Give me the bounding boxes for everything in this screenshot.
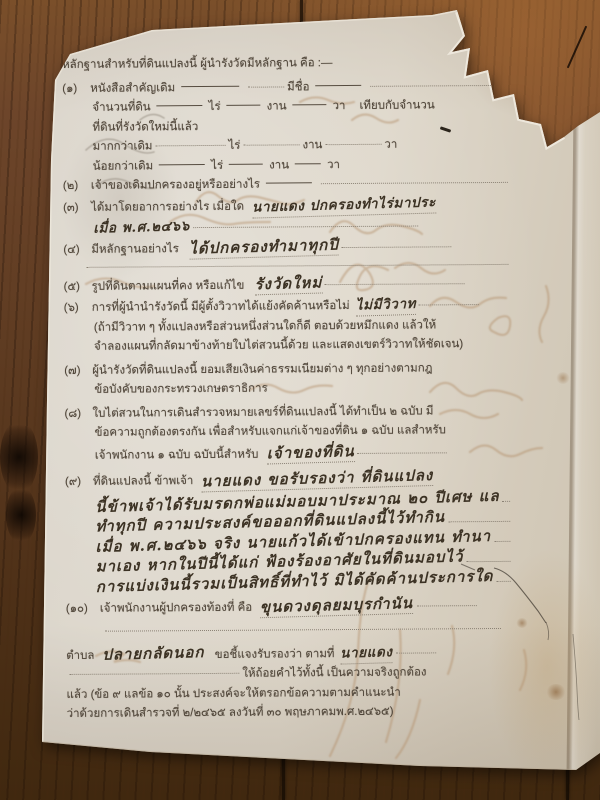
certify-label: ขอชี้แจงรับรองว่า ตามที่ (215, 645, 335, 665)
item-1-label-2: มีชื่อ (287, 78, 309, 98)
item-2-number: (๒) (63, 177, 91, 197)
more-label: มากกว่าเดิม (93, 137, 153, 157)
item-9-label: ที่ดินแปลงนี้ ข้าพเจ้า (93, 470, 194, 493)
area-label: จำนวนที่ดิน (92, 98, 150, 118)
unit-rai: ไร่ (209, 98, 221, 118)
blank-dash (293, 104, 327, 105)
item-6-row: (๖) การที่ผู้นำนำรังวัดนี้ มีผู้ตั้งวิวา… (64, 294, 512, 319)
handwritten-entry-acquired: นายแดง ปกครองทำไร่มาประ (252, 192, 436, 218)
item-8-text-2: ข้อความถูกต้องตรงกัน เพื่อสำหรับแจกแก่เจ… (95, 421, 446, 443)
form-title: หลักฐานสำหรับที่ดินแปลงนี้ ผู้นำรังวัดมี… (62, 54, 333, 75)
blank-dash (315, 84, 361, 85)
item-4-number: (๔) (63, 241, 91, 261)
closing-text-3: แล้ว (ข้อ ๙ แลข้อ ๑๐ นั้น ประสงค์จะให้ตร… (66, 683, 401, 705)
item-10-label: เจ้าพนักงานผู้ปกครองท้องที่ คือ (100, 599, 252, 620)
dotted-leader (248, 86, 284, 87)
handwritten-tambon-name: ปลายกลัดนอก (102, 641, 205, 664)
blank-dash (159, 164, 205, 165)
tambon-label: ตำบล (66, 646, 94, 666)
dotted-leader (193, 226, 418, 229)
item-1-number: (๑) (62, 79, 90, 99)
new-survey-label: ที่ดินที่รังวัดใหม่นี้แล้ว (92, 118, 198, 138)
blank-dash (157, 105, 203, 106)
unit-ngan: งาน (267, 97, 287, 117)
item-1-label: หนังสือสำคัญเดิม (90, 79, 175, 99)
dotted-leader (396, 652, 436, 653)
form-content: หลักฐานสำหรับที่ดินแปลงนี้ ผู้นำรังวัดมี… (62, 53, 515, 725)
form-title-row: หลักฐานสำหรับที่ดินแปลงนี้ ผู้นำรังวัดมี… (62, 53, 510, 76)
dotted-leader (370, 84, 507, 86)
dotted-leader (419, 304, 479, 305)
blank-dash (295, 163, 321, 164)
dotted-leader (341, 246, 451, 248)
item-10-row: (๑๐) เจ้าพนักงานผู้ปกครองท้องที่ คือ ขุน… (66, 594, 514, 620)
unit-wa: วา (332, 97, 345, 117)
dotted-leader (503, 501, 511, 502)
item-5-label: รูปที่ดินตามแผนที่คง หรือแก้ไข (92, 276, 245, 297)
item-7-line-2: ข้อบังคับของกระทรวงเกษตราธิการ (64, 378, 512, 401)
item-5-row: (๕) รูปที่ดินตามแผนที่คง หรือแก้ไข รังวั… (64, 271, 512, 297)
unit-wa: วา (384, 136, 397, 156)
dotted-leader (357, 452, 447, 454)
handwritten-entry-dispute: ไม่มีวิวาท (355, 294, 416, 317)
item-4-row: (๔) มีหลักฐานอย่างไร ได้ปกครองทำมาทุกปี (63, 235, 511, 261)
item-6-note-2: จำลองแผนที่กลัดมาข้างท้ายใบไต่สวนนี้ด้วย… (64, 335, 512, 358)
item-8-line-2: ข้อความถูกต้องตรงกัน เพื่อสำหรับแจกแก่เจ… (65, 421, 513, 444)
item-4-label: มีหลักฐานอย่างไร (91, 240, 179, 260)
item-6-note-text-2: จำลองแผนที่กลัดมาข้างท้ายใบไต่สวนนี้ด้วย… (94, 335, 463, 357)
item-6-number: (๖) (64, 299, 92, 319)
item-7-label: ผู้นำรังวัดที่ดินแปลงนี้ ยอมเสียเงินค่าธ… (92, 359, 432, 381)
item-10-number: (๑๐) (66, 600, 100, 620)
closing-text-4: ว่าด้วยการเดินสำรวจที่ ๒/๒๔๖๕ ลงวันที่ ๓… (67, 703, 394, 725)
item-9-number: (๙) (65, 471, 93, 493)
blank-dash (227, 105, 261, 106)
handwritten-entry-copy-for: เจ้าของที่ดิน (266, 441, 354, 464)
item-2-label: เจ้าของเดิมปกครองอยู่หรืออย่างไร (91, 176, 260, 197)
closing-line-4: ว่าด้วยการเดินสำรวจที่ ๒/๒๔๖๕ ลงวันที่ ๓… (67, 702, 515, 725)
item-6-label: การที่ผู้นำนำรังวัดนี้ มีผู้ตั้งวิวาทได้… (92, 297, 350, 318)
blank-dash (229, 163, 263, 164)
handwritten-claimant-name: นายแดง (340, 642, 393, 664)
item-8-label: ใบไต่สวนในการเดินสำรวจหมายเลขร์ที่ดินแปล… (92, 402, 433, 424)
dotted-leader (494, 541, 510, 542)
dotted-leader (325, 144, 381, 145)
handwritten-entry-official: ขุนดวงดุลยมบุรกำนัน (260, 593, 414, 618)
item-7-text-2: ข้อบังคับของกระทรวงเกษตราธิการ (94, 380, 268, 401)
blank-dash (266, 182, 312, 183)
dotted-leader (496, 581, 510, 582)
dotted-leader (243, 144, 299, 145)
dotted-leader (321, 182, 508, 184)
dotted-leader (325, 283, 465, 285)
dotted-leader (466, 561, 510, 562)
dotted-leader (416, 605, 476, 606)
blank-dash (181, 85, 239, 86)
tambon-row: ตำบล ปลายกลัดนอก ขอชี้แจงรับรองว่า ตามที… (66, 640, 514, 666)
handwritten-entry-evidence: ได้ปกครองทำมาทุกปี (189, 235, 339, 260)
photo-scene: หลักฐานสำหรับที่ดินแปลงนี้ ผู้นำรังวัดมี… (0, 0, 600, 800)
unit-ngan: งาน (269, 156, 289, 176)
item-3-number: (๓) (63, 198, 91, 218)
compare-label: เทียบกับจำนวน (359, 96, 434, 116)
unit-ngan: งาน (302, 136, 322, 156)
item-5-number: (๕) (64, 277, 92, 297)
unit-wa: วา (327, 156, 340, 176)
item-8-line-3: เจ้าพนักงาน ๑ ฉบับ ฉบับนี้สำหรับ เจ้าของ… (65, 440, 513, 466)
blank-dotted-rule (63, 266, 511, 270)
dotted-leader (86, 263, 508, 267)
item-3-row: (๓) ได้มาโดยอาการอย่างไร เมื่อใด นายแดง … (63, 193, 511, 218)
handwritten-entry-year: เมื่อ พ.ศ.๒๔๖๖ (93, 216, 190, 239)
dotted-leader (448, 521, 510, 522)
item-8-text-3: เจ้าพนักงาน ๑ ฉบับ ฉบับนี้สำหรับ (95, 445, 259, 466)
item-7-number: (๗) (64, 361, 92, 381)
paper-wrap: หลักฐานสำหรับที่ดินแปลงนี้ ผู้นำรังวัดมี… (0, 0, 600, 800)
closing-text-2: ให้ถ้อยคำไว้ทั้งนี้ เป็นความจริงถูกต้อง (242, 663, 426, 684)
unit-rai: ไร่ (211, 156, 223, 176)
unit-rai: ไร่ (228, 137, 240, 157)
dotted-leader (105, 627, 501, 631)
item-8-number: (๘) (64, 404, 92, 424)
handwritten-entry-map: รังวัดใหม่ (254, 272, 322, 295)
divider-dotted-rule (66, 630, 514, 634)
dotted-leader (155, 145, 225, 146)
item-6-note-text-1: (ถ้ามีวิวาท ๆ ทั้งแปลงหรือส่วนหนึ่งส่วนใ… (94, 316, 436, 338)
item-3-label: ได้มาโดยอาการอย่างไร เมื่อใด (91, 197, 244, 218)
less-label: น้อยกว่าเดิม (93, 157, 154, 177)
paper-sheet: หลักฐานสำหรับที่ดินแปลงนี้ ผู้นำรังวัดมี… (0, 0, 600, 800)
dotted-leader (69, 673, 239, 675)
